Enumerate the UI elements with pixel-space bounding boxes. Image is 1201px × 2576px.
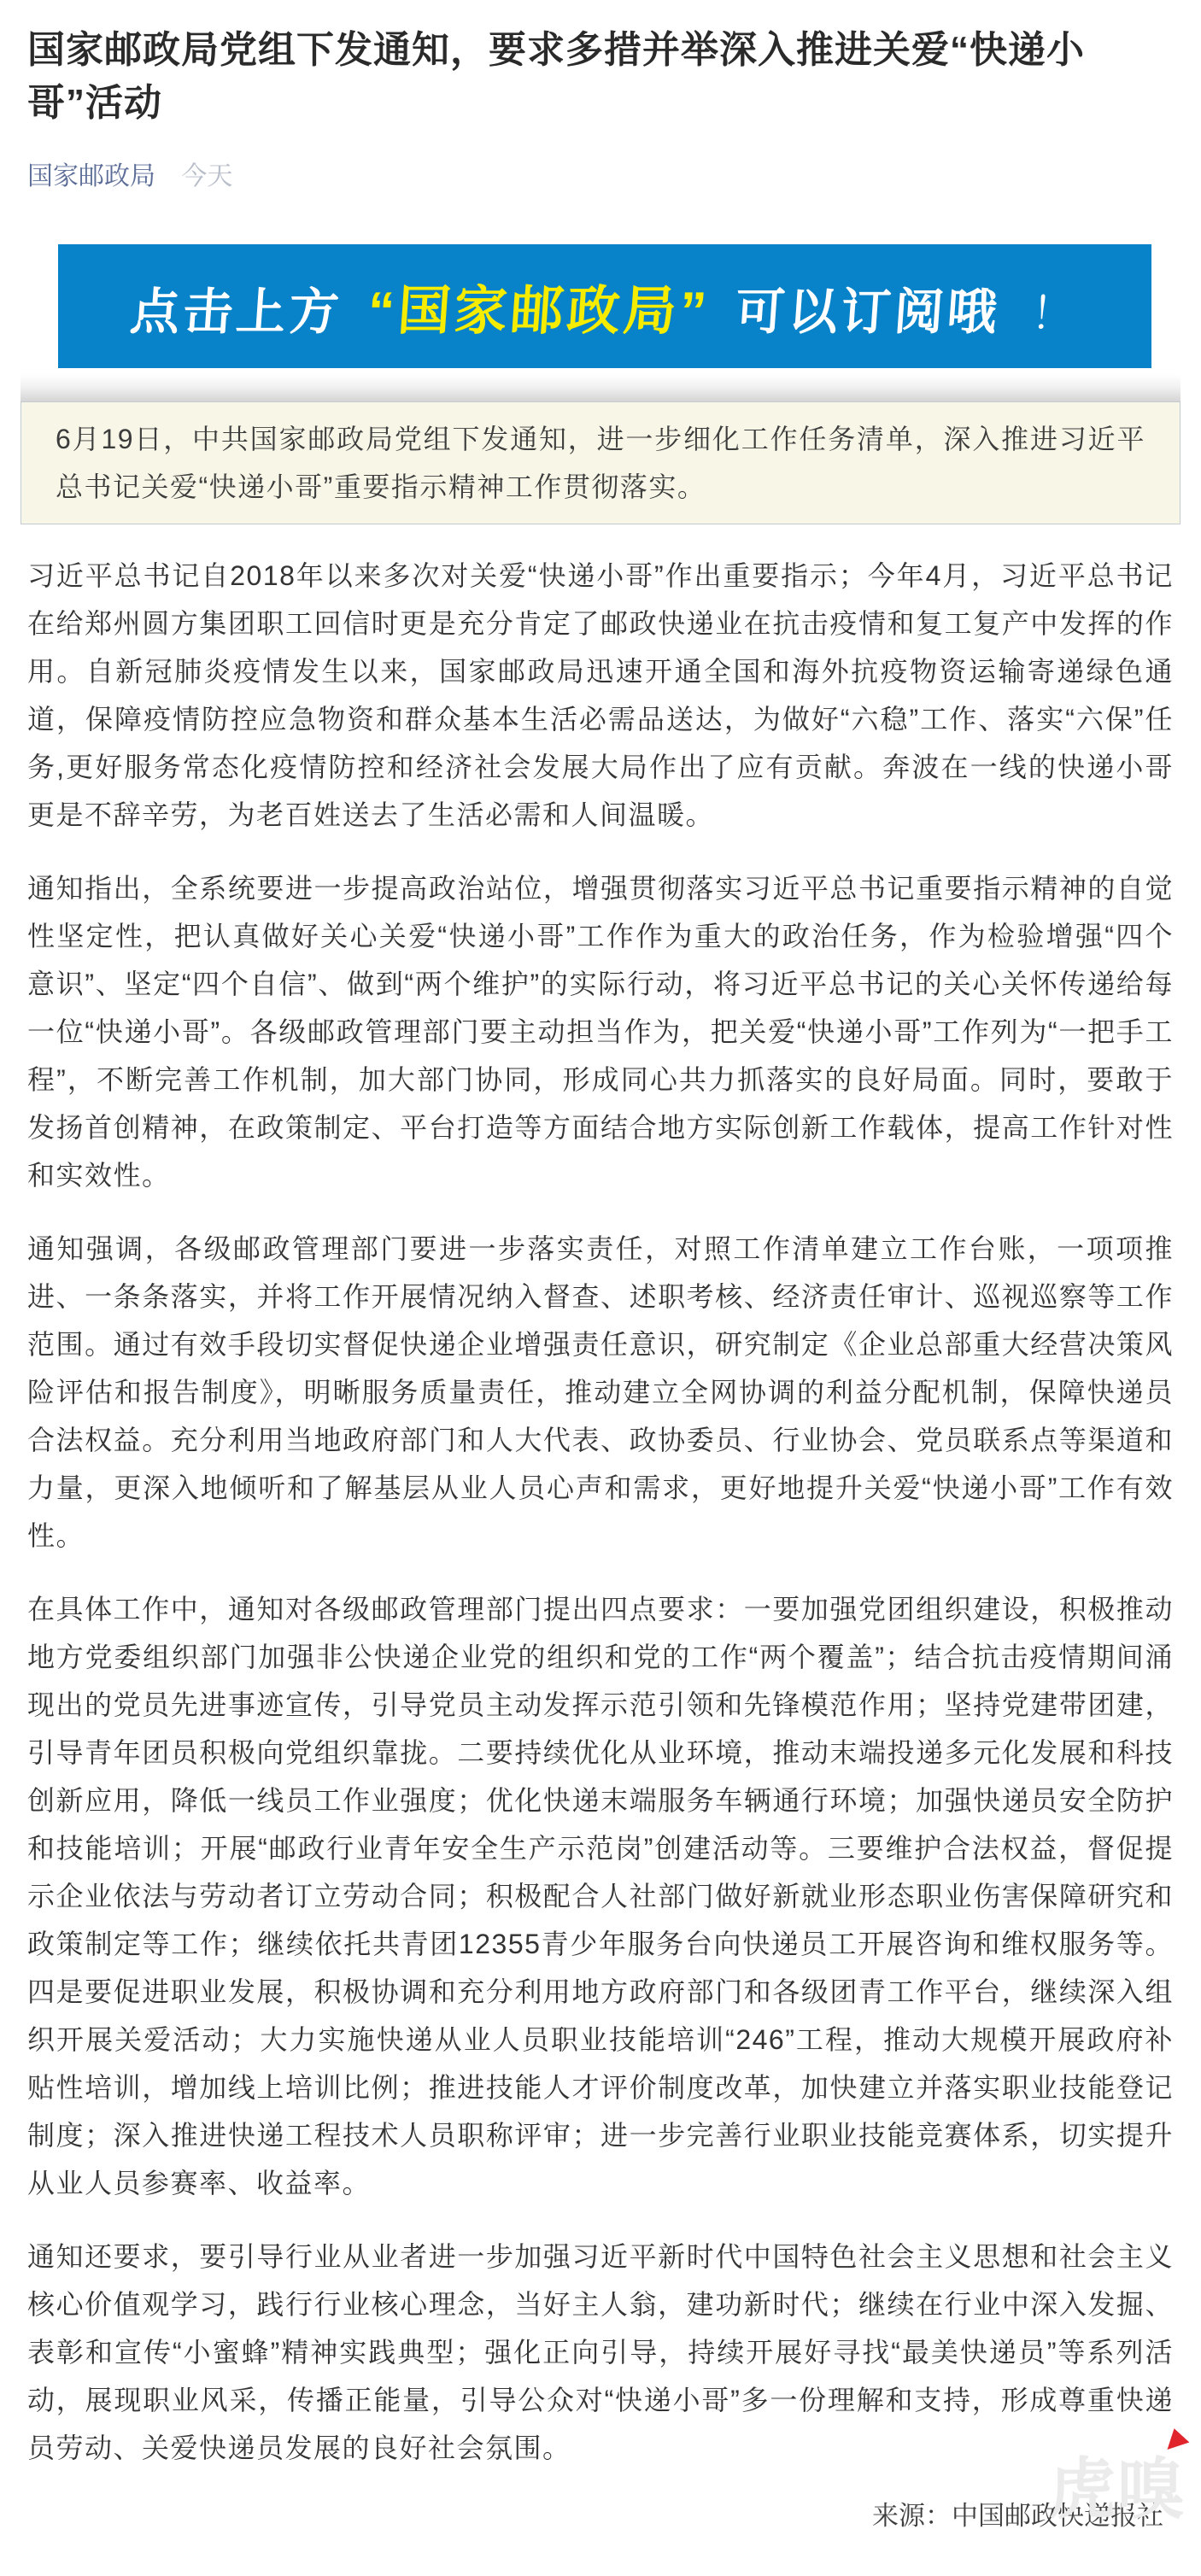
banner-highlight: “国家邮政局” [366,282,712,341]
paragraph-1: 习近平总书记自2018年以来多次对关爱“快递小哥”作出重要指示；今年4月，习近平… [27,552,1174,839]
banner-prefix: 点击上方 [128,284,344,340]
paragraph-5: 通知还要求，要引导行业从业者进一步加强习近平新时代中国特色社会主义思想和社会主义… [27,2233,1174,2472]
quote-top-shadow [21,374,1180,401]
paragraph-2: 通知指出，全系统要进一步提高政治站位，增强贯彻落实习近平总书记重要指示精神的自觉… [27,864,1174,1199]
paragraph-4: 在具体工作中，通知对各级邮政管理部门提出四点要求：一要加强党团组织建设，积极推动… [27,1585,1174,2207]
watermark-text: 虎嗅 [1049,2451,1186,2526]
article-body: 习近平总书记自2018年以来多次对关爱“快递小哥”作出重要指示；今年4月，习近平… [27,552,1174,2472]
account-link[interactable]: 国家邮政局 [27,162,155,190]
huxiu-watermark: 虎嗅 [1049,2436,1186,2532]
publish-date: 今天 [181,162,232,190]
article-page: 国家邮政局党组下发通知，要求多措并举深入推进关爱“快递小哥”活动 国家邮政局 今… [0,0,1201,2576]
subscribe-banner[interactable]: 点击上方 “国家邮政局” 可以订阅哦 ！ [58,244,1151,368]
banner-text: 点击上方 “国家邮政局” 可以订阅哦 ！ [128,268,1082,344]
banner-suffix: 可以订阅哦 [733,284,1002,340]
paragraph-3: 通知强调，各级邮政管理部门要进一步落实责任，对照工作清单建立工作台账，一项项推进… [27,1225,1174,1560]
summary-quote-box: 6月19日，中共国家邮政局党组下发通知，进一步细化工作任务清单，深入推进习近平总… [21,401,1180,524]
banner-exclamation: ！ [1029,290,1081,339]
source-row: 来源：中国邮政快递报社 [27,2497,1163,2550]
summary-text: 6月19日，中共国家邮政局党组下发通知，进一步细化工作任务清单，深入推进习近平总… [56,415,1145,511]
byline: 国家邮政局 今天 [27,159,1174,195]
page-title: 国家邮政局党组下发通知，要求多措并举深入推进关爱“快递小哥”活动 [27,24,1174,130]
